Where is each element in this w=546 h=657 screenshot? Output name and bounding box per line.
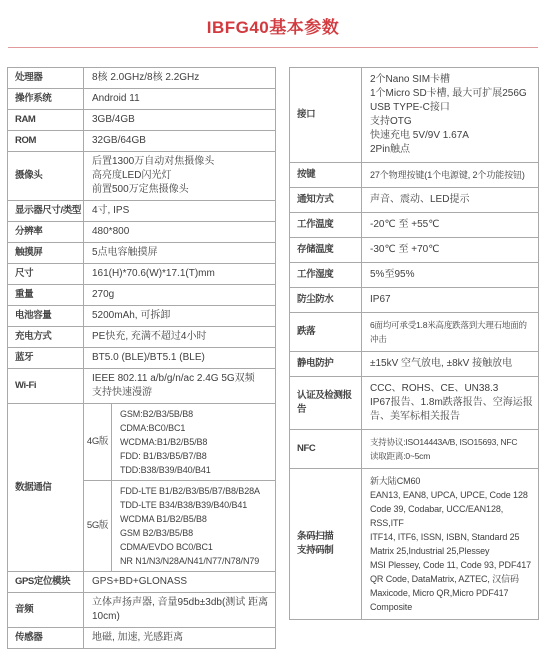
- network-gen-label: 4G版: [84, 404, 112, 481]
- spec-label: 工作湿度: [290, 263, 362, 288]
- spec-label: 传感器: [8, 628, 84, 649]
- table-row: 电池容量 5200mAh, 可拆卸: [8, 306, 276, 327]
- spec-value: Android 11: [84, 89, 276, 110]
- left-spec-table: 处理器 8核 2.0GHz/8核 2.2GHz 操作系统 Android 11 …: [7, 67, 276, 649]
- table-row: 条码扫描 支持码制 新大陆CM60 EAN13, EAN8, UPCA, UPC…: [290, 469, 539, 620]
- table-row: 尺寸 161(H)*70.6(W)*17.1(T)mm: [8, 264, 276, 285]
- spec-label: 充电方式: [8, 327, 84, 348]
- spec-value: GSM:B2/B3/5B/B8 CDMA:BC0/BC1 WCDMA:B1/B2…: [112, 404, 276, 481]
- spec-value: 27个物理按键(1个电源键, 2个功能按钮): [362, 163, 539, 188]
- spec-label: 重量: [8, 285, 84, 306]
- table-row: 充电方式 PE快充, 充满不超过4小时: [8, 327, 276, 348]
- spec-value: GPS+BD+GLONASS: [84, 572, 276, 593]
- network-gen-label: 5G版: [84, 481, 112, 572]
- spec-value: CCC、ROHS、CE、UN38.3 IP67报告、1.8m跌落报告、空海运报告…: [362, 377, 539, 430]
- spec-label: 跌落: [290, 313, 362, 352]
- table-row: NFC 支持协议:ISO14443A/B, ISO15693, NFC 读取距离…: [290, 430, 539, 469]
- spec-value: IP67: [362, 288, 539, 313]
- spec-label: 摄像头: [8, 152, 84, 201]
- table-row: 操作系统 Android 11: [8, 89, 276, 110]
- table-row: GPS定位模块 GPS+BD+GLONASS: [8, 572, 276, 593]
- table-row: 蓝牙 BT5.0 (BLE)/BT5.1 (BLE): [8, 348, 276, 369]
- spec-value: -30℃ 至 +70℃: [362, 238, 539, 263]
- spec-value: 2个Nano SIM卡槽 1个Micro SD卡槽, 最大可扩展256G USB…: [362, 68, 539, 163]
- spec-value: ±15kV 空气放电, ±8kV 接触放电: [362, 352, 539, 377]
- spec-label: 存储温度: [290, 238, 362, 263]
- spec-label: 音频: [8, 593, 84, 628]
- table-row: Wi-Fi IEEE 802.11 a/b/g/n/ac 2.4G 5G双频 支…: [8, 369, 276, 404]
- spec-value: -20℃ 至 +55℃: [362, 213, 539, 238]
- spec-value: FDD-LTE B1/B2/B3/B5/B7/B8/B28A TDD-LTE B…: [112, 481, 276, 572]
- page-title: IBFG40基本参数: [0, 13, 546, 38]
- table-row: 工作温度 -20℃ 至 +55℃: [290, 213, 539, 238]
- spec-value: 地磁, 加速, 光感距离: [84, 628, 276, 649]
- right-spec-table: 接口 2个Nano SIM卡槽 1个Micro SD卡槽, 最大可扩展256G …: [289, 67, 539, 620]
- spec-value: 5%至95%: [362, 263, 539, 288]
- spec-value: BT5.0 (BLE)/BT5.1 (BLE): [84, 348, 276, 369]
- spec-value: 立体声扬声器, 音量95db±3db(测试 距离10cm): [84, 593, 276, 628]
- spec-value: 5点电容触摸屏: [84, 243, 276, 264]
- spec-label: 按键: [290, 163, 362, 188]
- table-row: 跌落 6面均可承受1.8米高度跌落到大理石地面的冲击: [290, 313, 539, 352]
- table-row: 认证及检测报告 CCC、ROHS、CE、UN38.3 IP67报告、1.8m跌落…: [290, 377, 539, 430]
- table-row: 传感器 地磁, 加速, 光感距离: [8, 628, 276, 649]
- spec-value: PE快充, 充满不超过4小时: [84, 327, 276, 348]
- spec-label: Wi-Fi: [8, 369, 84, 404]
- table-row: 接口 2个Nano SIM卡槽 1个Micro SD卡槽, 最大可扩展256G …: [290, 68, 539, 163]
- spec-value: 3GB/4GB: [84, 110, 276, 131]
- table-row: 触摸屏 5点电容触摸屏: [8, 243, 276, 264]
- table-row: 处理器 8核 2.0GHz/8核 2.2GHz: [8, 68, 276, 89]
- table-row: 重量 270g: [8, 285, 276, 306]
- table-row: RAM 3GB/4GB: [8, 110, 276, 131]
- spec-label: 触摸屏: [8, 243, 84, 264]
- spec-value: 480*800: [84, 222, 276, 243]
- spec-label: 尺寸: [8, 264, 84, 285]
- spec-value: 4寸, IPS: [84, 201, 276, 222]
- spec-value: 6面均可承受1.8米高度跌落到大理石地面的冲击: [362, 313, 539, 352]
- spec-label: 条码扫描 支持码制: [290, 469, 362, 620]
- spec-value: 32GB/64GB: [84, 131, 276, 152]
- spec-sheet-page: { "page": { "title": "IBFG40基本参数", "acce…: [0, 0, 546, 657]
- spec-label: 显示器尺寸/类型: [8, 201, 84, 222]
- spec-value: 161(H)*70.6(W)*17.1(T)mm: [84, 264, 276, 285]
- spec-value: 5200mAh, 可拆卸: [84, 306, 276, 327]
- table-row: 通知方式 声音、震动、LED提示: [290, 188, 539, 213]
- table-row-data-comm-4g: 数据通信 4G版 GSM:B2/B3/5B/B8 CDMA:BC0/BC1 WC…: [8, 404, 276, 481]
- spec-label: GPS定位模块: [8, 572, 84, 593]
- spec-label: ROM: [8, 131, 84, 152]
- spec-value: 支持协议:ISO14443A/B, ISO15693, NFC 读取距离:0~5…: [362, 430, 539, 469]
- spec-value: 声音、震动、LED提示: [362, 188, 539, 213]
- spec-label: 电池容量: [8, 306, 84, 327]
- spec-label: 工作温度: [290, 213, 362, 238]
- spec-label: RAM: [8, 110, 84, 131]
- table-row: ROM 32GB/64GB: [8, 131, 276, 152]
- table-row: 音频 立体声扬声器, 音量95db±3db(测试 距离10cm): [8, 593, 276, 628]
- table-row: 显示器尺寸/类型 4寸, IPS: [8, 201, 276, 222]
- table-row: 防尘防水 IP67: [290, 288, 539, 313]
- spec-value: 270g: [84, 285, 276, 306]
- table-row: 工作湿度 5%至95%: [290, 263, 539, 288]
- spec-tables-container: 处理器 8核 2.0GHz/8核 2.2GHz 操作系统 Android 11 …: [0, 67, 546, 649]
- spec-label: 处理器: [8, 68, 84, 89]
- table-row: 分辨率 480*800: [8, 222, 276, 243]
- spec-label: 分辨率: [8, 222, 84, 243]
- table-row: 摄像头 后置1300万自动对焦摄像头 高亮度LED闪光灯 前置500万定焦摄像头: [8, 152, 276, 201]
- spec-label: 数据通信: [8, 404, 84, 572]
- spec-label: 操作系统: [8, 89, 84, 110]
- spec-label: 静电防护: [290, 352, 362, 377]
- spec-value: 新大陆CM60 EAN13, EAN8, UPCA, UPCE, Code 12…: [362, 469, 539, 620]
- spec-value: 后置1300万自动对焦摄像头 高亮度LED闪光灯 前置500万定焦摄像头: [84, 152, 276, 201]
- spec-value: IEEE 802.11 a/b/g/n/ac 2.4G 5G双频 支持快速漫游: [84, 369, 276, 404]
- table-row: 静电防护 ±15kV 空气放电, ±8kV 接触放电: [290, 352, 539, 377]
- table-row: 按键 27个物理按键(1个电源键, 2个功能按钮): [290, 163, 539, 188]
- spec-label: 蓝牙: [8, 348, 84, 369]
- spec-label: 防尘防水: [290, 288, 362, 313]
- spec-label: NFC: [290, 430, 362, 469]
- spec-label: 通知方式: [290, 188, 362, 213]
- table-row: 存储温度 -30℃ 至 +70℃: [290, 238, 539, 263]
- spec-value: 8核 2.0GHz/8核 2.2GHz: [84, 68, 276, 89]
- spec-label: 接口: [290, 68, 362, 163]
- title-divider: [8, 47, 538, 48]
- spec-label: 认证及检测报告: [290, 377, 362, 430]
